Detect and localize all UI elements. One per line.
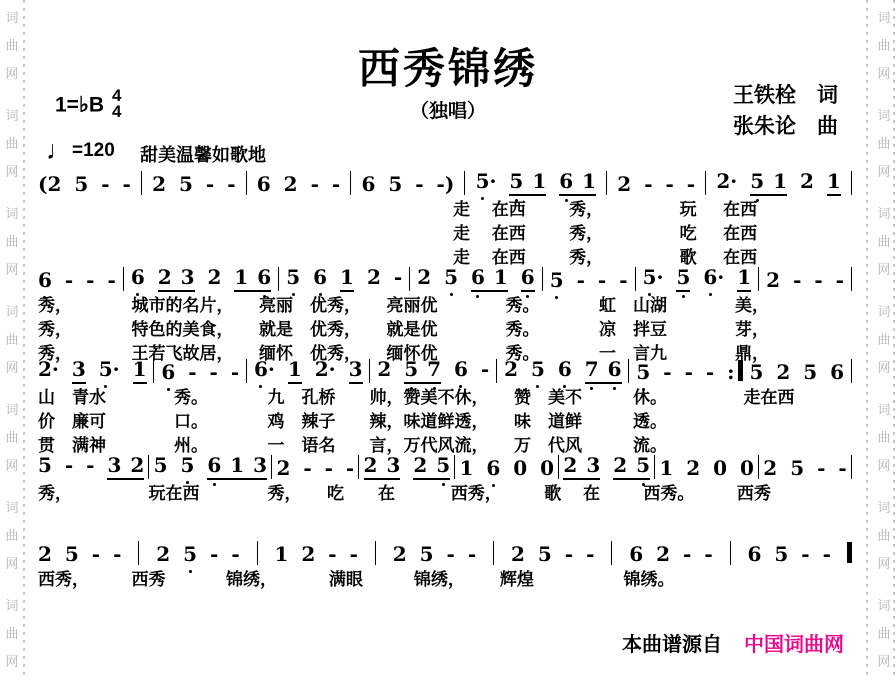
note-symbol: -	[303, 456, 311, 480]
note-digit: 5	[774, 542, 788, 566]
note-symbol	[52, 268, 65, 292]
barline	[141, 171, 142, 195]
barline	[350, 171, 351, 195]
music-system: 5 - - 3 25 5 6 1 32 - - -2 3 2 51 6 0 02…	[38, 452, 852, 504]
note-digit: 5	[181, 453, 195, 477]
note-digit: 5	[636, 360, 650, 384]
barline	[654, 455, 655, 479]
watermark-group: 词曲网	[875, 298, 893, 382]
note-symbol	[52, 453, 65, 477]
note-symbol	[663, 265, 676, 289]
note-symbol	[573, 542, 586, 566]
barline	[257, 541, 258, 565]
note-symbol	[175, 360, 188, 384]
note-symbol: -	[65, 268, 73, 292]
footer: 本曲谱源自中国词曲网	[622, 628, 844, 657]
watermark-text: 网	[3, 452, 21, 480]
note-symbol	[400, 453, 413, 477]
note-symbol	[674, 172, 687, 196]
note-symbol: -	[346, 456, 354, 480]
note-symbol	[381, 265, 394, 289]
watermark-text: 曲	[3, 228, 21, 256]
measure: 2 5 - -	[393, 542, 476, 566]
watermark-text: 网	[3, 648, 21, 676]
measure: (2 5 - -	[38, 172, 131, 196]
note-digit: 5	[388, 172, 402, 196]
tempo-value: =120	[72, 140, 115, 161]
watermark-text: 曲	[3, 620, 21, 648]
note-symbol	[500, 456, 513, 480]
beam-group: 2 5	[613, 453, 650, 480]
note-symbol	[690, 265, 703, 289]
note-symbol	[86, 357, 99, 381]
note-symbol	[455, 542, 468, 566]
note-digit: 1	[773, 169, 787, 193]
note-symbol: )	[445, 172, 454, 196]
note-symbol	[790, 360, 803, 384]
note-symbol	[88, 172, 101, 196]
note-symbol	[197, 360, 210, 384]
note-digit: 6	[257, 265, 271, 289]
note-symbol: -	[188, 360, 196, 384]
beam-group: 7 6	[585, 357, 622, 384]
watermark-group: 词曲网	[3, 200, 21, 284]
note-digit: 6	[830, 360, 844, 384]
sheet-music-page: 词曲网词曲网词曲网词曲网词曲网词曲网词曲网 词曲网词曲网词曲网词曲网词曲网词曲网…	[0, 0, 896, 680]
lyrics-row: 价 廉可 口。 鸡 辣子 辣，味道鲜透， 味 道鲜 透。	[38, 411, 852, 432]
lyrics-row: 走 在西 秀， 玩 在西	[453, 199, 852, 220]
barline	[493, 541, 494, 565]
note-digit: 1	[659, 456, 673, 480]
watermark-text: 词	[875, 298, 893, 326]
note-symbol	[145, 265, 158, 289]
note-symbol: -	[231, 542, 239, 566]
barline	[278, 267, 279, 291]
watermark-text: 词	[3, 494, 21, 522]
note-symbol	[333, 456, 346, 480]
note-symbol: ·	[268, 357, 275, 381]
barline	[246, 171, 247, 195]
note-symbol	[788, 542, 801, 566]
measure: 2 5 - -	[763, 456, 846, 480]
note-digit: 2	[776, 360, 790, 384]
note-digit: 2	[47, 172, 61, 196]
beam-group: 2 3	[158, 265, 195, 292]
note-symbol: -	[687, 172, 695, 196]
watermark-text: 网	[3, 550, 21, 578]
note-symbol: -	[437, 172, 445, 196]
barline	[138, 541, 139, 565]
watermark-text: 曲	[3, 130, 21, 158]
note-symbol: -	[468, 542, 476, 566]
note-digit: 5	[404, 357, 418, 381]
lyricist-credit: 王铁栓 词	[733, 80, 838, 111]
watermark-text: 词	[875, 494, 893, 522]
note-symbol	[801, 268, 814, 292]
note-symbol	[418, 357, 427, 381]
note-symbol: -	[565, 542, 573, 566]
watermark-text: 网	[3, 158, 21, 186]
site-name: 中国词曲网	[744, 634, 844, 656]
lyrics-row: 西秀， 西秀 锦绣， 满眼 锦绣， 辉煌 锦绣。	[38, 569, 852, 590]
watermark-text: 曲	[875, 130, 893, 158]
measure: 2 5 - -	[38, 542, 121, 566]
note-symbol	[248, 265, 257, 289]
watermark-text: 曲	[3, 424, 21, 452]
expression-marking: 甜美温馨如歌地	[140, 141, 266, 167]
beam-group: 5 1	[750, 169, 787, 196]
watermark-text: 网	[875, 550, 893, 578]
note-symbol	[195, 265, 208, 289]
note-digit: 2	[38, 542, 52, 566]
measure: 2 3 2 5	[563, 453, 650, 480]
beam-group: 6 1	[559, 169, 596, 196]
note-digit: 5	[803, 360, 817, 384]
note-symbol: ·	[52, 357, 59, 381]
note-symbol: -	[836, 268, 844, 292]
note-symbol	[218, 542, 231, 566]
note-digit: 6	[161, 360, 175, 384]
watermark-text: 词	[3, 592, 21, 620]
note-symbol	[643, 542, 656, 566]
note-symbol	[172, 265, 181, 289]
note-symbol	[271, 172, 284, 196]
note-digit: 1	[737, 265, 751, 289]
note-symbol	[168, 453, 181, 477]
note-symbol: -	[685, 360, 693, 384]
note-digit: 1	[459, 456, 473, 480]
note-symbol: ·	[329, 357, 336, 381]
watermark-text: 网	[875, 354, 893, 382]
measure: 2 3 2 5	[364, 453, 451, 480]
note-symbol	[525, 542, 538, 566]
measure: 5 - - - :	[636, 360, 742, 384]
note-symbol	[302, 357, 315, 381]
note-symbol	[653, 172, 666, 196]
note-symbol	[777, 456, 790, 480]
note-symbol	[166, 172, 179, 196]
note-digit: 2	[617, 172, 631, 196]
note-symbol	[468, 357, 481, 381]
note-digit: 5	[643, 265, 657, 289]
note-digit: 2	[656, 542, 670, 566]
note-digit: 2	[152, 172, 166, 196]
quarter-note-icon: ♩	[46, 135, 72, 165]
measure: 6 - - -	[38, 268, 116, 292]
final-barline	[847, 542, 852, 563]
note-symbol	[221, 453, 230, 477]
notes-row: 5 - - 3 25 5 6 1 32 - - -2 3 2 51 6 0 02…	[38, 452, 852, 480]
barline	[409, 267, 410, 291]
note-symbol	[300, 265, 313, 289]
key-text: 1=♭B	[55, 94, 104, 117]
note-digit: 5	[531, 357, 545, 381]
watermark-text: 曲	[875, 620, 893, 648]
watermark-text: 网	[3, 354, 21, 382]
measure: 2 5 6 7 6	[504, 357, 621, 384]
barline	[730, 541, 731, 565]
note-symbol	[100, 542, 113, 566]
note-symbol	[170, 542, 183, 566]
watermark-group: 词曲网	[875, 200, 893, 284]
note-symbol	[319, 172, 332, 196]
note-digit: 6	[361, 172, 375, 196]
watermark-group: 词曲网	[875, 396, 893, 480]
measure: 5· 5 1 6 1	[476, 169, 596, 196]
note-symbol	[197, 542, 210, 566]
note-symbol	[337, 542, 350, 566]
barline	[851, 171, 852, 195]
note-symbol: -	[92, 542, 100, 566]
note-symbol	[288, 542, 301, 566]
watermark-group: 词曲网	[3, 494, 21, 578]
note-digit: 5	[790, 456, 804, 480]
note-digit: 2	[315, 357, 329, 381]
measure: 1 2 0 0	[659, 456, 754, 480]
note-symbol	[194, 453, 207, 477]
watermark-text: 网	[875, 158, 893, 186]
note-digit: 3	[253, 453, 267, 477]
note-digit: 5	[444, 265, 458, 289]
beam-group: 1	[340, 265, 354, 292]
beam-group: 3	[72, 357, 86, 384]
watermark-group: 词曲网	[3, 592, 21, 676]
measure: 1 2 - -	[275, 542, 358, 566]
note-symbol	[94, 268, 107, 292]
note-symbol: -	[107, 268, 115, 292]
note-symbol	[606, 268, 619, 292]
note-digit: 2	[686, 456, 700, 480]
note-symbol	[761, 542, 774, 566]
note-digit: 2	[158, 265, 172, 289]
barline	[148, 455, 149, 479]
note-symbol	[600, 453, 613, 477]
note-symbol	[831, 542, 844, 566]
barline	[851, 455, 852, 479]
watermark-text: 曲	[875, 522, 893, 550]
note-symbol	[737, 169, 750, 193]
watermark-text: 词	[3, 200, 21, 228]
note-digit: 2	[413, 453, 427, 477]
note-symbol	[577, 453, 586, 477]
note-symbol: -	[101, 172, 109, 196]
note-symbol: -	[394, 265, 402, 289]
barline	[271, 455, 272, 479]
lyrics-row: 秀， 玩在西 秀， 吃 在 西秀， 歌 在 西秀。 西秀	[38, 483, 852, 504]
watermark-text: 曲	[875, 326, 893, 354]
measure: 6 2 - -	[629, 542, 712, 566]
note-digit: 2	[377, 357, 391, 381]
note-symbol	[473, 456, 486, 480]
time-signature: 44	[112, 88, 121, 120]
note-digit: 6	[454, 357, 468, 381]
measure: 2 5 - -	[511, 542, 594, 566]
music-system: 6 - - -6 2 3 2 1 65 6 1 2 -2 5 6 1 65 - …	[38, 264, 852, 364]
note-symbol	[546, 169, 559, 193]
note-digit: 5	[420, 542, 434, 566]
note-symbol	[693, 360, 706, 384]
note-symbol	[298, 172, 311, 196]
note-symbol: -	[350, 542, 358, 566]
beam-group: 5 1	[509, 169, 546, 196]
note-digit: 2	[613, 453, 627, 477]
barline	[246, 359, 247, 383]
lyrics-row: 走 在西 秀， 吃 在西	[453, 223, 852, 244]
note-symbol: -	[227, 172, 235, 196]
note-digit: 2	[38, 357, 52, 381]
measure: 5 - - 3 2	[38, 453, 144, 480]
note-digit: 2	[763, 456, 777, 480]
note-digit: 5	[676, 265, 690, 289]
note-symbol	[508, 265, 521, 289]
note-digit: 5	[99, 357, 113, 381]
music-system: (2 5 - -2 5 - -6 2 - -6 5 - -)5· 5 1 6 1…	[38, 168, 852, 268]
note-digit: 2	[417, 265, 431, 289]
note-digit: 6	[629, 542, 643, 566]
beam-group: 1	[737, 265, 751, 292]
note-symbol	[275, 357, 288, 381]
note-symbol	[650, 360, 663, 384]
watermark-text: 词	[3, 396, 21, 424]
note-symbol	[59, 357, 72, 381]
note-symbol: -	[577, 268, 585, 292]
note-symbol	[73, 453, 86, 477]
note-symbol	[375, 172, 388, 196]
barline	[542, 267, 543, 291]
watermark-text: 词	[875, 200, 893, 228]
note-symbol	[94, 453, 107, 477]
note-digit: 1	[234, 265, 248, 289]
barline	[153, 359, 154, 383]
note-digit: 6	[608, 357, 622, 381]
note-digit: 1	[275, 542, 289, 566]
note-symbol	[290, 456, 303, 480]
note-digit: 5	[74, 172, 88, 196]
note-symbol	[434, 542, 447, 566]
note-symbol: -	[704, 542, 712, 566]
barline	[464, 171, 465, 195]
note-symbol	[825, 456, 838, 480]
note-symbol: ·	[113, 357, 120, 381]
note-symbol: -	[663, 360, 671, 384]
note-digit: 7	[585, 357, 599, 381]
watermark-text: 曲	[3, 522, 21, 550]
note-digit: 5	[476, 169, 490, 193]
note-symbol	[817, 360, 830, 384]
note-digit: 2	[393, 542, 407, 566]
barline	[758, 455, 759, 479]
watermark-text: 词	[3, 4, 21, 32]
note-symbol: -	[586, 542, 594, 566]
note-symbol	[121, 453, 130, 477]
note-symbol	[724, 265, 737, 289]
measure: 2 - - -	[766, 268, 844, 292]
note-digit: 6	[521, 265, 535, 289]
note-symbol	[823, 268, 836, 292]
beam-group: 5 7	[404, 357, 441, 384]
measure: 2· 3 5· 1	[38, 357, 147, 384]
note-digit: 2	[766, 268, 780, 292]
beam-group: 3 2	[107, 453, 144, 480]
note-digit: 3	[586, 453, 600, 477]
measure: 6 5 - -)	[361, 172, 454, 196]
note-digit: 2	[208, 265, 222, 289]
note-digit: 1	[288, 357, 302, 381]
composer-credit: 张朱论 曲	[733, 111, 838, 142]
note-symbol	[73, 268, 86, 292]
note-symbol: -	[311, 172, 319, 196]
note-symbol	[780, 268, 793, 292]
note-symbol: -	[113, 542, 121, 566]
barline	[705, 171, 706, 195]
note-symbol: -	[665, 172, 673, 196]
note-digit: 2	[364, 453, 378, 477]
note-symbol	[485, 265, 494, 289]
note-digit: 5	[538, 542, 552, 566]
note-symbol	[814, 169, 827, 193]
note-digit: 5	[154, 453, 168, 477]
note-symbol: -	[619, 268, 627, 292]
barline	[628, 359, 629, 383]
note-symbol	[354, 265, 367, 289]
note-digit: 6	[703, 265, 717, 289]
beam-group: 1	[827, 169, 841, 196]
note-digit: 3	[107, 453, 121, 477]
note-symbol	[585, 268, 598, 292]
note-digit: 5	[179, 172, 193, 196]
note-symbol: -	[823, 542, 831, 566]
note-symbol	[458, 265, 471, 289]
note-symbol: -	[123, 172, 131, 196]
note-digit: 2	[284, 172, 298, 196]
watermark-text: 词	[875, 4, 893, 32]
note-digit: 1	[133, 357, 147, 381]
note-digit: 6	[558, 357, 572, 381]
note-symbol	[407, 542, 420, 566]
music-system: 2 5 - -2 5 - -1 2 - -2 5 - -2 5 - -6 2 -…	[38, 538, 852, 590]
beam-group: 5	[676, 265, 690, 292]
note-symbol	[377, 453, 386, 477]
note-digit: 0	[513, 456, 527, 480]
note-symbol	[727, 456, 740, 480]
measure: 6 2 3 2 1 6	[131, 265, 271, 292]
measure: 2 - - -	[276, 456, 354, 480]
note-digit: 5	[286, 265, 300, 289]
beam-group: 1	[288, 357, 302, 384]
note-symbol	[496, 169, 509, 193]
note-symbol	[52, 542, 65, 566]
note-symbol: -	[206, 172, 214, 196]
note-symbol: -	[838, 456, 846, 480]
barline	[851, 359, 852, 383]
measure: 6 - - -	[161, 360, 239, 384]
watermark-group: 词曲网	[875, 494, 893, 578]
note-symbol	[810, 542, 823, 566]
note-digit: 2	[276, 456, 290, 480]
beam-group: 2 5	[413, 453, 450, 480]
note-symbol	[764, 169, 773, 193]
note-digit: 5	[749, 360, 763, 384]
barline	[611, 541, 612, 565]
note-symbol: -	[332, 172, 340, 196]
music-system: 2· 3 5· 16 - - -6· 1 2· 32 5 7 6 -2 5 6 …	[38, 356, 852, 456]
note-symbol: -	[598, 268, 606, 292]
note-digit: 1	[532, 169, 546, 193]
note-symbol	[714, 360, 727, 384]
note-symbol	[61, 172, 74, 196]
note-digit: 5	[750, 169, 764, 193]
note-digit: 1	[230, 453, 244, 477]
